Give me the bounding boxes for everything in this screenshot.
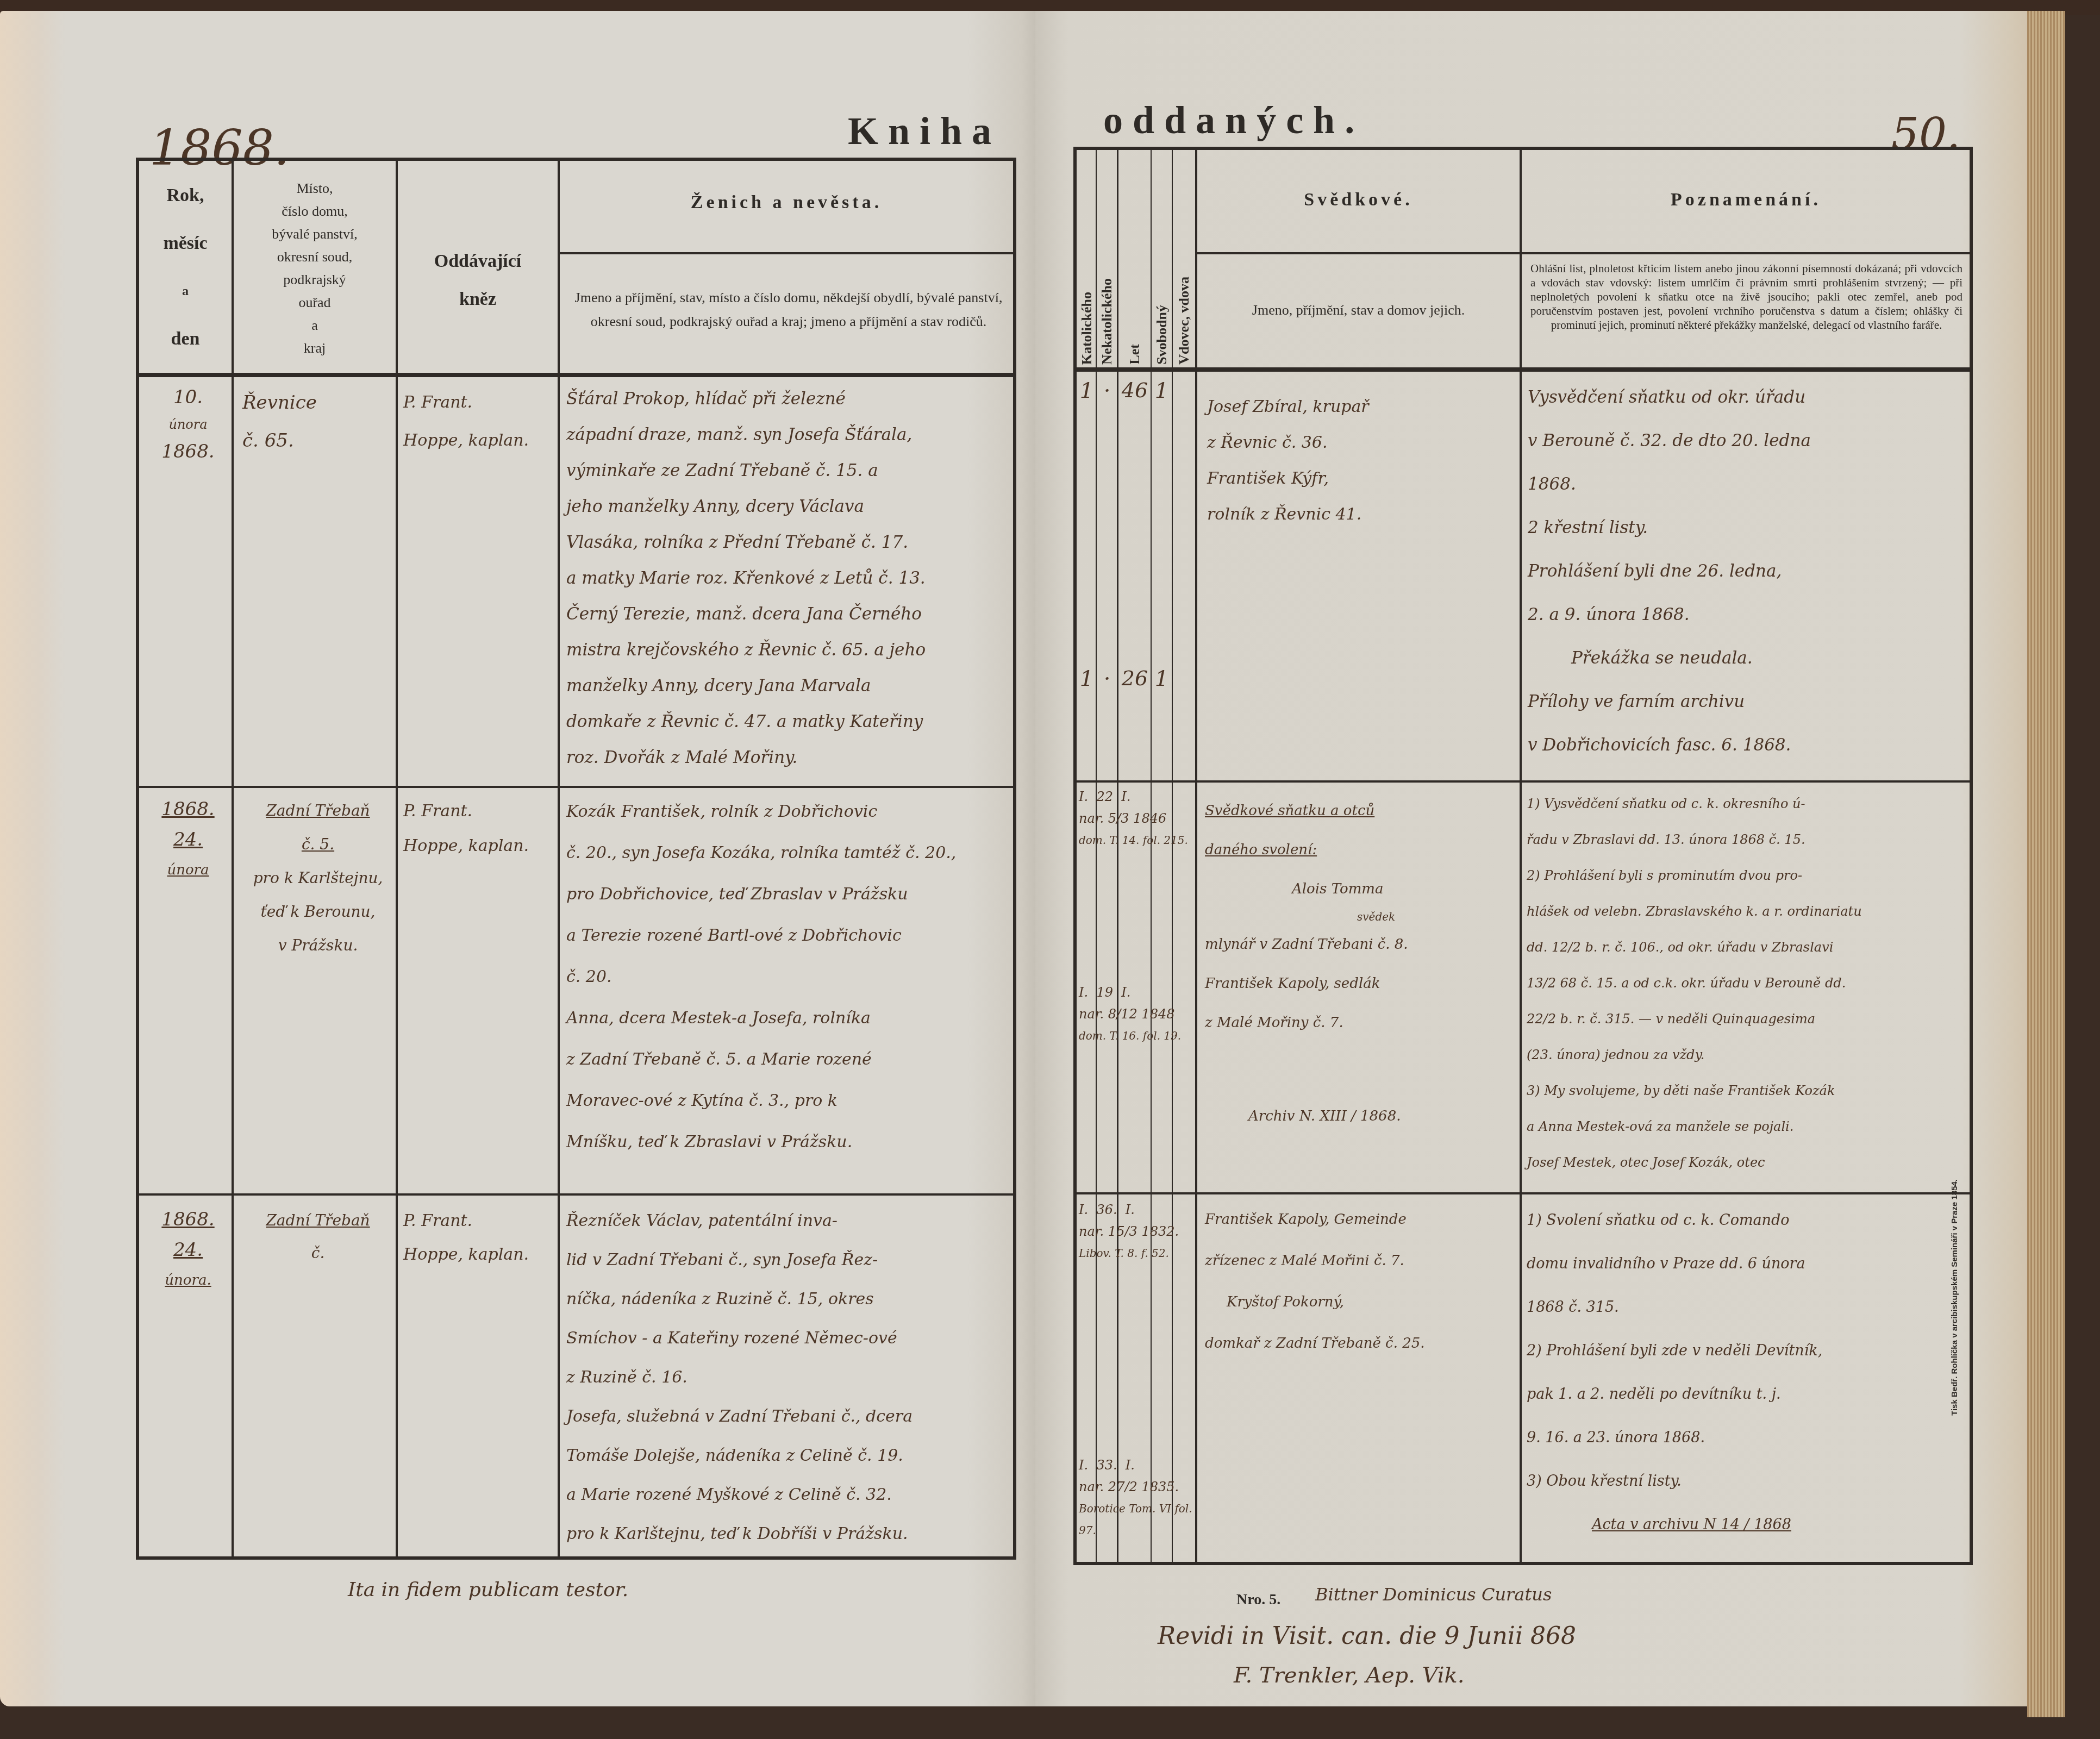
register-table-right: Katolického Nekatolického Let Svobodný V… bbox=[1073, 147, 1973, 1565]
entry-1-place: Řevnice č. 65. bbox=[242, 384, 395, 460]
register-table-left: Rok, měsíc a den Místo, číslo domu, býva… bbox=[136, 158, 1016, 1560]
header-couple-title: Ženich a nevěsta. bbox=[560, 191, 1013, 215]
entry-1-notes: Vysvědčení sňatku od okr. úřadu v Beroun… bbox=[1528, 376, 1962, 767]
header-age: Let bbox=[1119, 259, 1151, 365]
entry-1-bride-catholic: 1 bbox=[1078, 666, 1096, 691]
header-notes-title: Poznamenání. bbox=[1522, 188, 1970, 212]
header-couple-sub: Jmeno a příjmění, stav, místo a číslo do… bbox=[574, 286, 1003, 334]
header-notes-sub: Ohlášní list, plnoletost křticím listem … bbox=[1530, 261, 1962, 332]
header-witnesses-title: Svědkové. bbox=[1197, 188, 1520, 212]
entry-2-groom-stats: I. 22 I. nar. 5/3 1846 dom. T. 14. fol. … bbox=[1079, 786, 1193, 851]
printer-imprint: Tisk Bedř. Rohlíčka v arcibiskupském Sem… bbox=[1950, 1179, 1959, 1416]
header-date: Rok, měsíc a den bbox=[139, 172, 232, 363]
header-witnesses-sub: Jmeno, příjmění, stav a domov jejich. bbox=[1197, 299, 1520, 321]
entry-3-bride-stats: I. 33. I. nar. 27/2 1835. Borotice Tom. … bbox=[1079, 1454, 1193, 1541]
entry-1-bride-age: 26 bbox=[1119, 666, 1151, 690]
entry-3-date: 1868. 24. února. bbox=[145, 1204, 232, 1296]
footer-curate-signature: Bittner Dominicus Curatus bbox=[1315, 1584, 1552, 1605]
entry-3-notes: 1) Svolení sňatku od c. k. Comando domu … bbox=[1527, 1199, 1964, 1547]
entry-1-priest: P. Frant. Hoppe, kaplan. bbox=[403, 384, 558, 460]
footer-vicar-signature: F. Trenkler, Aep. Vik. bbox=[1234, 1663, 1465, 1688]
entry-1-groom-catholic: 1 bbox=[1078, 378, 1096, 403]
entry-1-groom-noncatholic: · bbox=[1097, 378, 1117, 403]
header-place: Místo, číslo domu, bývalé panství, okres… bbox=[234, 177, 396, 360]
page-stack-edge bbox=[2027, 11, 2065, 1717]
header-single: Svobodný bbox=[1152, 259, 1172, 365]
entry-2-couple: Kozák František, rolník z Dobřichovic č.… bbox=[566, 791, 1017, 1163]
entry-1-date: 10. února 1868. bbox=[145, 384, 232, 465]
header-noncatholic: Nekatolického bbox=[1097, 259, 1117, 365]
header-priest: Oddávající kněz bbox=[398, 242, 558, 318]
entry-2-witnesses: Svědkové sňatku a otců daného svolení: A… bbox=[1205, 791, 1517, 1136]
entry-3-place: Zadní Třebaň č. bbox=[240, 1204, 396, 1269]
entry-3-priest: P. Frant. Hoppe, kaplan. bbox=[403, 1204, 558, 1272]
entry-2-notes: 1) Vysvědčení sňatku od c. k. okresního … bbox=[1527, 786, 1964, 1180]
entry-1-groom-single: 1 bbox=[1152, 378, 1172, 403]
entry-1-groom-age: 46 bbox=[1119, 378, 1151, 402]
footer-visitation-note: Revidi in Visit. can. die 9 Junii 868 bbox=[1158, 1622, 1576, 1650]
entry-3-groom-stats: I. 36. I. nar. 15/3 1832. Libov. T. 8. f… bbox=[1079, 1199, 1193, 1264]
entry-3-couple: Řezníček Václav, patentální inva- lid v … bbox=[566, 1202, 1017, 1554]
title-right: oddaných. bbox=[1103, 98, 1364, 143]
form-number: Nro. 5. bbox=[1236, 1591, 1280, 1609]
entry-2-bride-stats: I. 19 I. nar. 8/12 1848 dom. T. 16. fol.… bbox=[1079, 981, 1193, 1047]
entry-1-bride-single: 1 bbox=[1152, 666, 1172, 691]
footer-left-attestation: Ita in fidem publicam testor. bbox=[348, 1579, 628, 1601]
entry-3-witnesses: František Kapoly, Gemeinde zřízenec z Ma… bbox=[1205, 1199, 1517, 1364]
header-catholic: Katolického bbox=[1078, 259, 1096, 365]
header-widowed: Vdovec, vdova bbox=[1173, 259, 1195, 365]
entry-1-bride-noncatholic: · bbox=[1097, 666, 1117, 691]
entry-1-witnesses: Josef Zbíral, krupař z Řevnic č. 36. Fra… bbox=[1207, 389, 1517, 533]
entry-1-couple: Šťáral Prokop, hlídač při železné západn… bbox=[566, 381, 1017, 775]
entry-2-date: 1868. 24. února bbox=[145, 794, 232, 885]
title-left: Kniha bbox=[848, 109, 1001, 154]
entry-2-priest: P. Frant. Hoppe, kaplan. bbox=[403, 794, 558, 864]
entry-2-place: Zadní Třebaň č. 5. pro k Karlštejnu, ťeď… bbox=[240, 794, 396, 962]
